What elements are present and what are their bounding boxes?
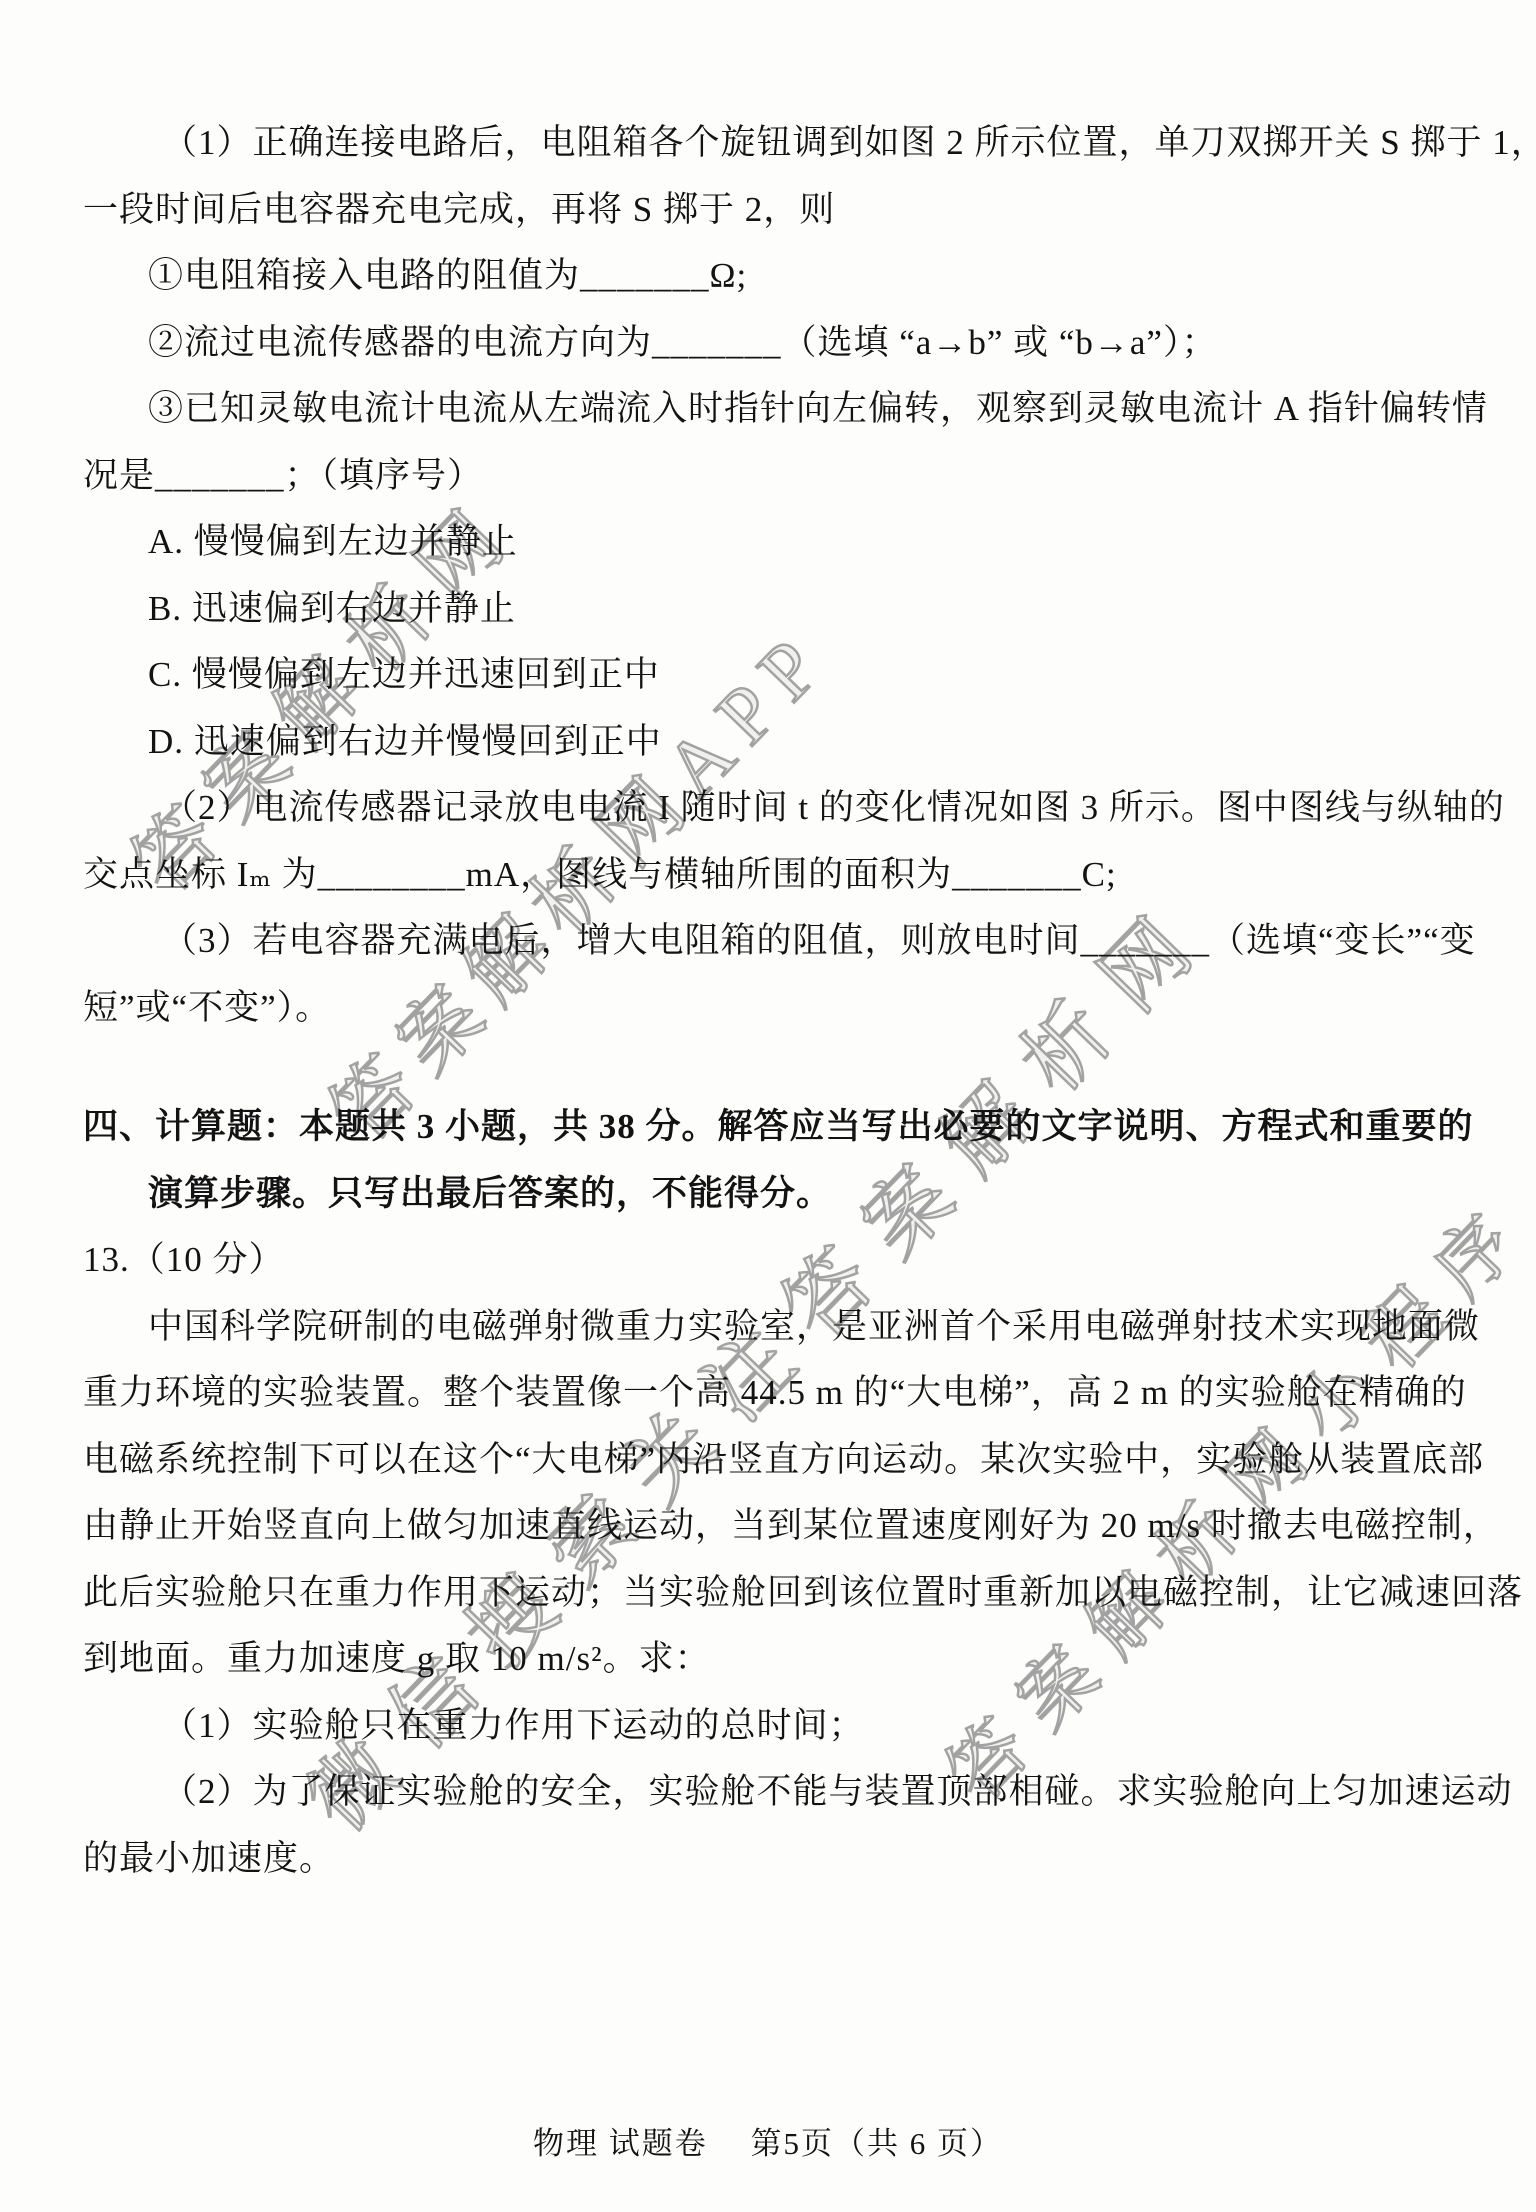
option-a: A. 慢慢偏到左边并静止: [83, 509, 1483, 576]
question-12-blank-item-1: ①电阻箱接入电路的阻值为_______Ω;: [83, 243, 1483, 310]
question-13-stem-line: 此后实验舱只在重力作用下运动；当实验舱回到该位置时重新加以电磁控制，让它减速回落: [83, 1560, 1483, 1627]
question-12-part2-line: （2）电流传感器记录放电电流 I 随时间 t 的变化情况如图 3 所示。图中图线…: [83, 775, 1483, 842]
question-12-part3-line: 短”或“不变”）。: [83, 975, 1483, 1042]
section-4-heading: 四、计算题：本题共 3 小题，共 38 分。解答应当写出必要的文字说明、方程式和…: [83, 1094, 1483, 1161]
option-d: D. 迅速偏到右边并慢慢回到正中: [83, 709, 1483, 776]
question-12-blank-item-2: ②流过电流传感器的电流方向为_______（选填 “a→b” 或 “b→a”）；: [83, 310, 1483, 377]
question-12-part3-line: （3）若电容器充满电后，增大电阻箱的阻值，则放电时间_______（选填“变长”…: [83, 908, 1483, 975]
question-13-subq-1: （1）实验舱只在重力作用下运动的总时间；: [83, 1693, 1483, 1760]
exam-paper-page: 答案解析网 答案解析网APP 微信搜索关注答案解析网 答案解析网小程序 （1）正…: [0, 0, 1536, 2212]
option-b: B. 迅速偏到右边并静止: [83, 576, 1483, 643]
question-12-blank-item-3: 况是_______；（填序号）: [83, 443, 1483, 510]
option-c: C. 慢慢偏到左边并迅速回到正中: [83, 642, 1483, 709]
question-13-stem-line: 中国科学院研制的电磁弹射微重力实验室，是亚洲首个采用电磁弹射技术实现地面微: [83, 1294, 1483, 1361]
page-footer: 物理 试题卷 第5页（共 6 页）: [0, 2118, 1536, 2163]
question-13-stem-line: 到地面。重力加速度 g 取 10 m/s²。求：: [83, 1626, 1483, 1693]
exam-body: （1）正确连接电路后，电阻箱各个旋钮调到如图 2 所示位置，单刀双掷开关 S 掷…: [83, 110, 1483, 1892]
question-13-subq-2: 的最小加速度。: [83, 1826, 1483, 1893]
question-12-part2-line: 交点坐标 Iₘ 为________mA，图线与横轴所围的面积为_______C;: [83, 842, 1483, 909]
question-13-stem-line: 重力环境的实验装置。整个装置像一个高 44.5 m 的“大电梯”，高 2 m 的…: [83, 1360, 1483, 1427]
question-12-blank-item-3: ③已知灵敏电流计电流从左端流入时指针向左偏转，观察到灵敏电流计 A 指针偏转情: [83, 376, 1483, 443]
question-13-stem-line: 电磁系统控制下可以在这个“大电梯”内沿竖直方向运动。某次实验中，实验舱从装置底部: [83, 1427, 1483, 1494]
question-13-stem-line: 由静止开始竖直向上做匀加速直线运动，当到某位置速度刚好为 20 m/s 时撤去电…: [83, 1493, 1483, 1560]
question-13-number: 13.（10 分）: [83, 1227, 1483, 1294]
question-12-part1-line: 一段时间后电容器充电完成，再将 S 掷于 2，则: [83, 177, 1483, 244]
question-13-subq-2: （2）为了保证实验舱的安全，实验舱不能与装置顶部相碰。求实验舱向上匀加速运动: [83, 1759, 1483, 1826]
question-12-part1-line: （1）正确连接电路后，电阻箱各个旋钮调到如图 2 所示位置，单刀双掷开关 S 掷…: [83, 110, 1483, 177]
section-4-heading: 演算步骤。只写出最后答案的，不能得分。: [83, 1161, 1483, 1228]
